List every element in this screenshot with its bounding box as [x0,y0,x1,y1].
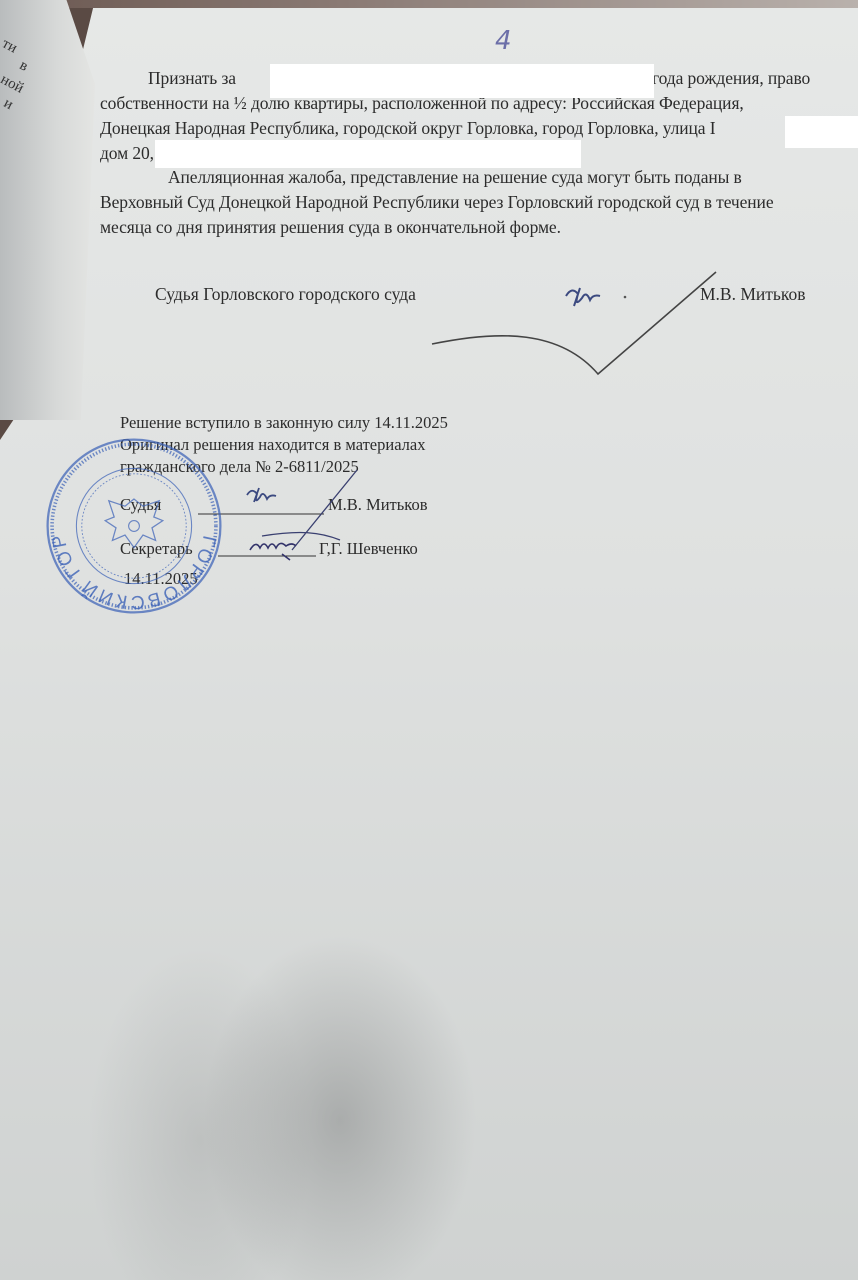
judge-initials-icon [247,488,276,502]
judge-signature-icon [566,288,600,306]
court-stamp: ГОРЛОВСКИЙ ГОРОДСКОЙ СУД [44,436,224,616]
checkmark-stroke [432,272,716,374]
annotation-stroke [262,470,357,550]
secretary-signature-icon [250,543,296,560]
